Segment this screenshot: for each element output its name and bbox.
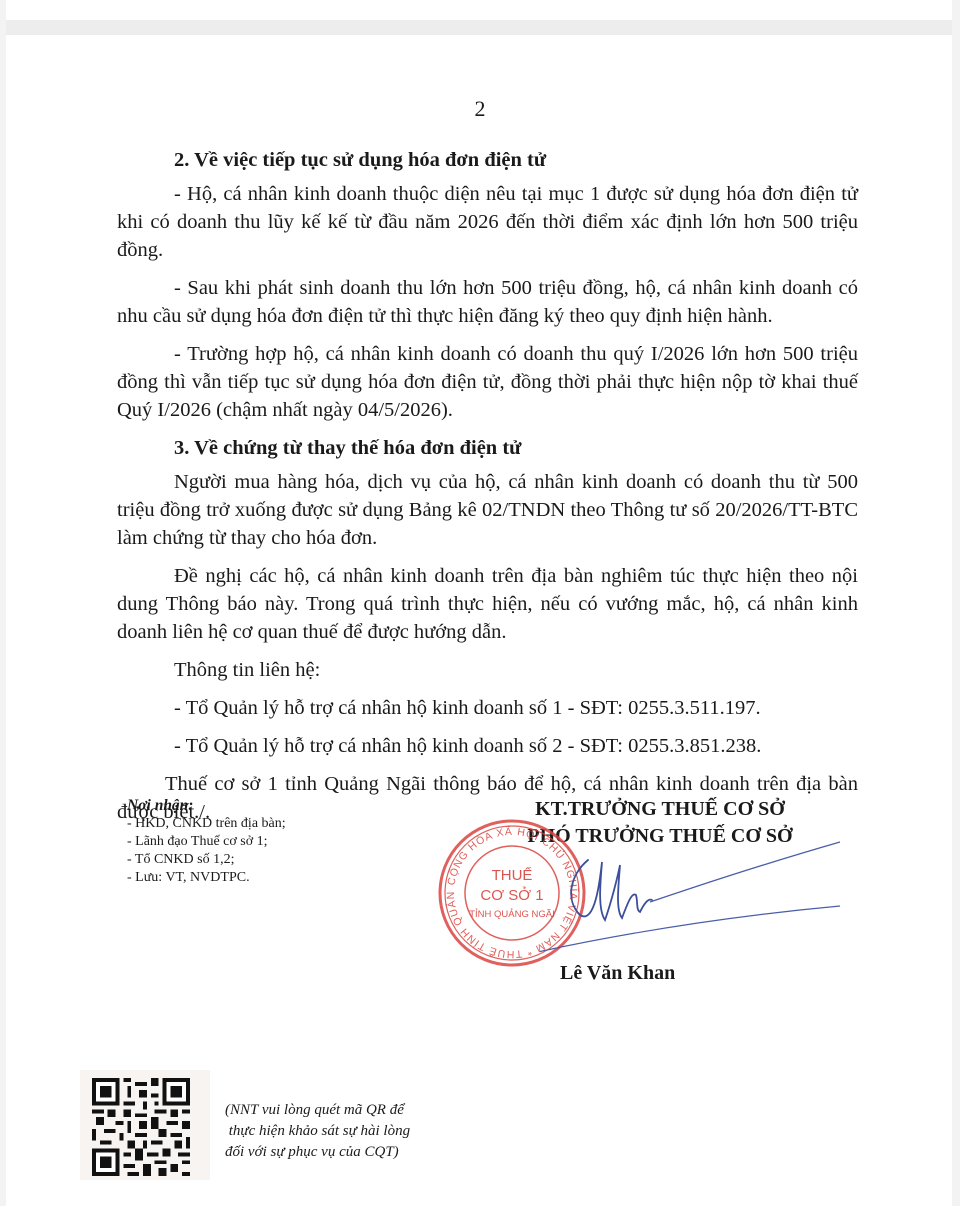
- qr-note-line: thực hiện khảo sát sự hài lòng: [225, 1121, 410, 1142]
- section-2-heading: 2. Về việc tiếp tục sử dụng hóa đơn điện…: [117, 146, 858, 174]
- section-3-heading: 3. Về chứng từ thay thế hóa đơn điện tử: [117, 434, 858, 462]
- receiver-item: - HKD, CNKD trên địa bàn;: [127, 815, 286, 833]
- receivers-list: Nơi nhận: - HKD, CNKD trên địa bàn; - Lã…: [127, 797, 286, 887]
- document-body: 2. Về việc tiếp tục sử dụng hóa đơn điện…: [117, 146, 858, 826]
- section-3-paragraph: Đề nghị các hộ, cá nhân kinh doanh trên …: [117, 562, 858, 646]
- section-2-paragraph: - Sau khi phát sinh doanh thu lớn hơn 50…: [117, 274, 858, 330]
- stamp-line-2: CƠ SỞ 1: [480, 886, 543, 904]
- section-3-paragraph: Người mua hàng hóa, dịch vụ của hộ, cá n…: [117, 468, 858, 552]
- page-number: 2: [0, 96, 960, 122]
- page-separator: [6, 20, 954, 35]
- contact-item: - Tổ Quản lý hỗ trợ cá nhân hộ kinh doan…: [117, 732, 858, 760]
- receiver-item: - Lưu: VT, NVDTPC.: [127, 869, 286, 887]
- contact-item: - Tổ Quản lý hỗ trợ cá nhân hộ kinh doan…: [117, 694, 858, 722]
- section-2-paragraph: - Trường hợp hộ, cá nhân kinh doanh có d…: [117, 340, 858, 424]
- contact-label: Thông tin liên hệ:: [117, 656, 858, 684]
- section-2-paragraph: - Hộ, cá nhân kinh doanh thuộc diện nêu …: [117, 180, 858, 264]
- qr-code-icon[interactable]: [87, 1078, 195, 1176]
- receivers-title: Nơi nhận:: [127, 797, 286, 815]
- right-edge: [952, 0, 960, 1206]
- qr-note-line: (NNT vui lòng quét mã QR để: [225, 1100, 410, 1121]
- top-margin: [0, 0, 960, 20]
- stamp-line-1: THUẾ: [492, 867, 533, 884]
- qr-survey-note: (NNT vui lòng quét mã QR để thực hiện kh…: [225, 1100, 410, 1163]
- handwritten-signature-icon: [540, 840, 850, 970]
- signer-name: Lê Văn Khan: [560, 962, 675, 985]
- qr-note-line: đối với sự phục vụ của CQT): [225, 1142, 410, 1163]
- receiver-item: - Lãnh đạo Thuế cơ sở 1;: [127, 833, 286, 851]
- receiver-item: - Tổ CNKD số 1,2;: [127, 851, 286, 869]
